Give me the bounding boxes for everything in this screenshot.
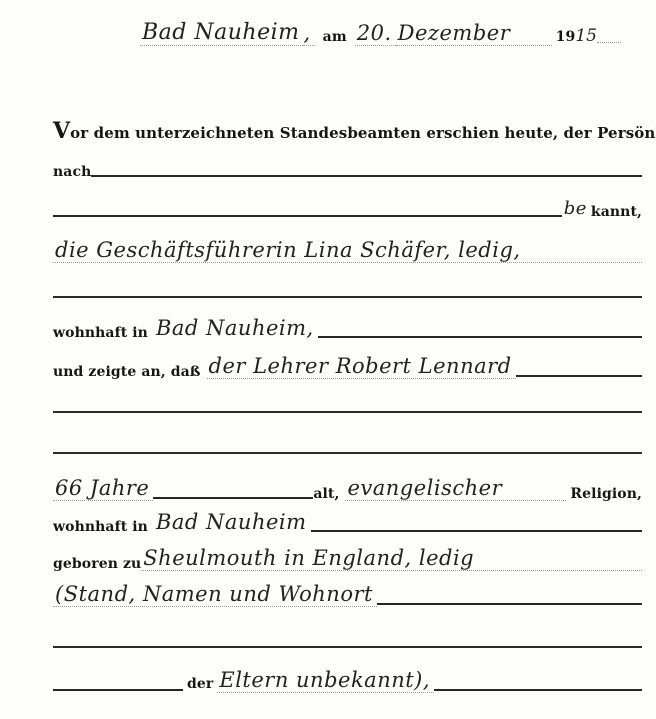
intro-text: Vor dem unterzeichneten Standesbeamten e… bbox=[53, 120, 656, 142]
intro-initial: V bbox=[53, 118, 70, 144]
informant-line: die Geschäftsführerin Lina Schäfer, ledi… bbox=[53, 240, 642, 263]
nach-label: nach bbox=[53, 165, 91, 179]
residence-blank-deceased bbox=[311, 530, 642, 532]
residence-blank-informant bbox=[318, 336, 642, 338]
blank-rule-3 bbox=[53, 452, 642, 454]
birthplace-line: geboren zu Sheulmouth in England, ledig bbox=[53, 548, 642, 571]
birthplace-value: Sheulmouth in England, ledig bbox=[141, 548, 642, 571]
bekannt-printed: kannt, bbox=[591, 205, 642, 219]
header-place: Bad Nauheim bbox=[140, 22, 303, 46]
residence-value-informant: Bad Nauheim, bbox=[154, 318, 318, 340]
religion-label: Religion, bbox=[570, 487, 642, 501]
parents-value: (Stand, Namen und Wohnort bbox=[53, 584, 377, 607]
intro-rest: or dem unterzeichneten Standesbeamten er… bbox=[70, 124, 656, 142]
birthplace-label: geboren zu bbox=[53, 557, 141, 571]
residence-line-informant: wohnhaft in Bad Nauheim, bbox=[53, 318, 642, 340]
parents-printed-der: der bbox=[187, 677, 213, 691]
parents-line: (Stand, Namen und Wohnort bbox=[53, 584, 642, 607]
age-value: 66 Jahre bbox=[53, 478, 153, 501]
header-place-comma: , bbox=[303, 23, 314, 46]
residence-label-informant: wohnhaft in bbox=[53, 326, 148, 340]
parents-blank bbox=[377, 603, 642, 605]
religion-value: evangelischer bbox=[345, 478, 566, 501]
bekannt-handwritten-prefix: be bbox=[562, 200, 591, 219]
age-blank bbox=[153, 497, 313, 499]
informant-name: die Geschäftsführerin Lina Schäfer, ledi… bbox=[53, 240, 642, 263]
header-am-label: am bbox=[323, 30, 347, 44]
bekannt-blank bbox=[53, 215, 562, 217]
deceased-blank bbox=[516, 375, 642, 377]
report-line: und zeigte an, daß der Lehrer Robert Len… bbox=[53, 356, 642, 379]
blank-rule-4 bbox=[53, 646, 642, 648]
parents-unknown: Eltern unbekannt), bbox=[217, 670, 434, 693]
parents-closing-line: der Eltern unbekannt), bbox=[53, 670, 642, 693]
residence-value-deceased: Bad Nauheim bbox=[154, 512, 311, 534]
header-day: 20. bbox=[355, 23, 396, 46]
intro-line: Vor dem unterzeichneten Standesbeamten e… bbox=[53, 120, 642, 142]
blank-rule-1 bbox=[53, 296, 642, 298]
header-month: Dezember bbox=[396, 23, 552, 46]
age-label: alt, bbox=[313, 487, 339, 501]
nach-line: nach bbox=[53, 165, 642, 179]
header-year-printed: 19 bbox=[556, 30, 576, 44]
deceased-name: der Lehrer Robert Lennard bbox=[207, 356, 516, 379]
nach-blank bbox=[91, 175, 642, 177]
parents-closing-blank-left bbox=[53, 689, 183, 691]
header-date-line: Bad Nauheim , am 20. Dezember 19 15 bbox=[140, 22, 648, 46]
bekannt-line: be kannt, bbox=[53, 200, 642, 219]
blank-rule-2 bbox=[53, 411, 642, 413]
age-religion-line: 66 Jahre alt, evangelischer Religion, bbox=[53, 478, 642, 501]
residence-label-deceased: wohnhaft in bbox=[53, 520, 148, 534]
registry-document-page: Bad Nauheim , am 20. Dezember 19 15 Vor … bbox=[0, 0, 656, 719]
parents-closing-blank-right bbox=[434, 689, 642, 691]
report-label: und zeigte an, daß bbox=[53, 365, 201, 379]
residence-line-deceased: wohnhaft in Bad Nauheim bbox=[53, 512, 642, 534]
header-year-dots bbox=[597, 42, 621, 43]
header-year-handwritten: 15 bbox=[575, 26, 597, 46]
